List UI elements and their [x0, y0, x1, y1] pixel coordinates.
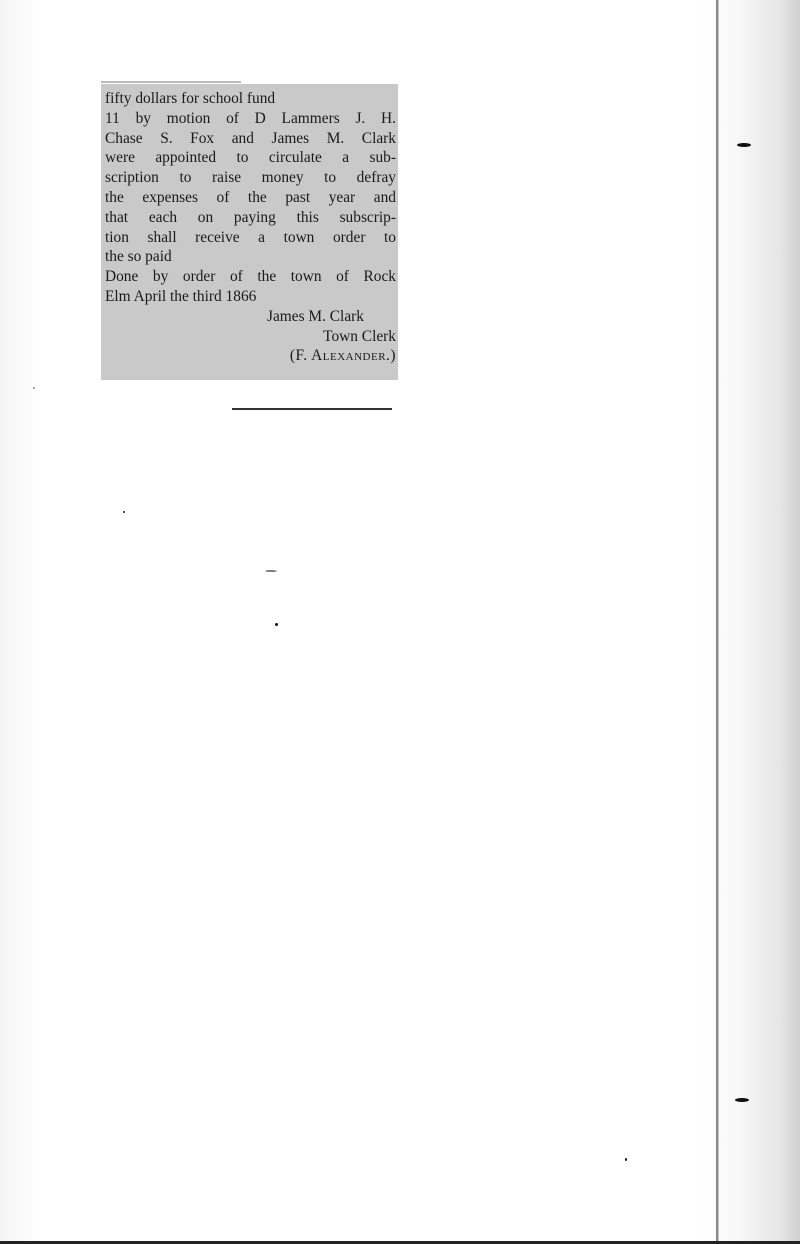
scan-speck [735, 1098, 749, 1102]
clipping-line: were appointed to circulate a sub- [105, 148, 396, 168]
scan-speck [737, 143, 751, 147]
signature-title: Town Clerk [105, 327, 396, 347]
scan-speck [275, 623, 278, 626]
scan-speck [123, 511, 125, 513]
clipping-line: the expenses of the past year and [105, 188, 396, 208]
clipping-line: 11 by motion of D Lammers J. H. [105, 109, 396, 129]
scan-speck [625, 1158, 627, 1161]
scan-speck [265, 570, 277, 572]
scanned-page: fifty dollars for school fund 11 by moti… [0, 0, 800, 1244]
page-gutter-shadow [718, 0, 719, 1244]
clipping-top-edge [101, 81, 241, 83]
clipping-line: Done by order of the town of Rock [105, 267, 396, 287]
clipping-line: that each on paying this subscrip- [105, 208, 396, 228]
clipping-line: fifty dollars for school fund [105, 89, 396, 109]
clipping-line: the so paid [105, 247, 396, 267]
scan-speck [33, 387, 35, 389]
clipping-line: Elm April the third 1866 [105, 287, 396, 307]
signature-name: James M. Clark [105, 307, 396, 327]
newspaper-clipping: fifty dollars for school fund 11 by moti… [101, 84, 398, 380]
signature-contributor: (F. Alexander.) [105, 346, 396, 366]
clipping-line: scription to raise money to defray [105, 168, 396, 188]
clipping-bottom-rule [232, 408, 392, 410]
clipping-line: Chase S. Fox and James M. Clark [105, 129, 396, 149]
clipping-line: tion shall receive a town order to [105, 228, 396, 248]
